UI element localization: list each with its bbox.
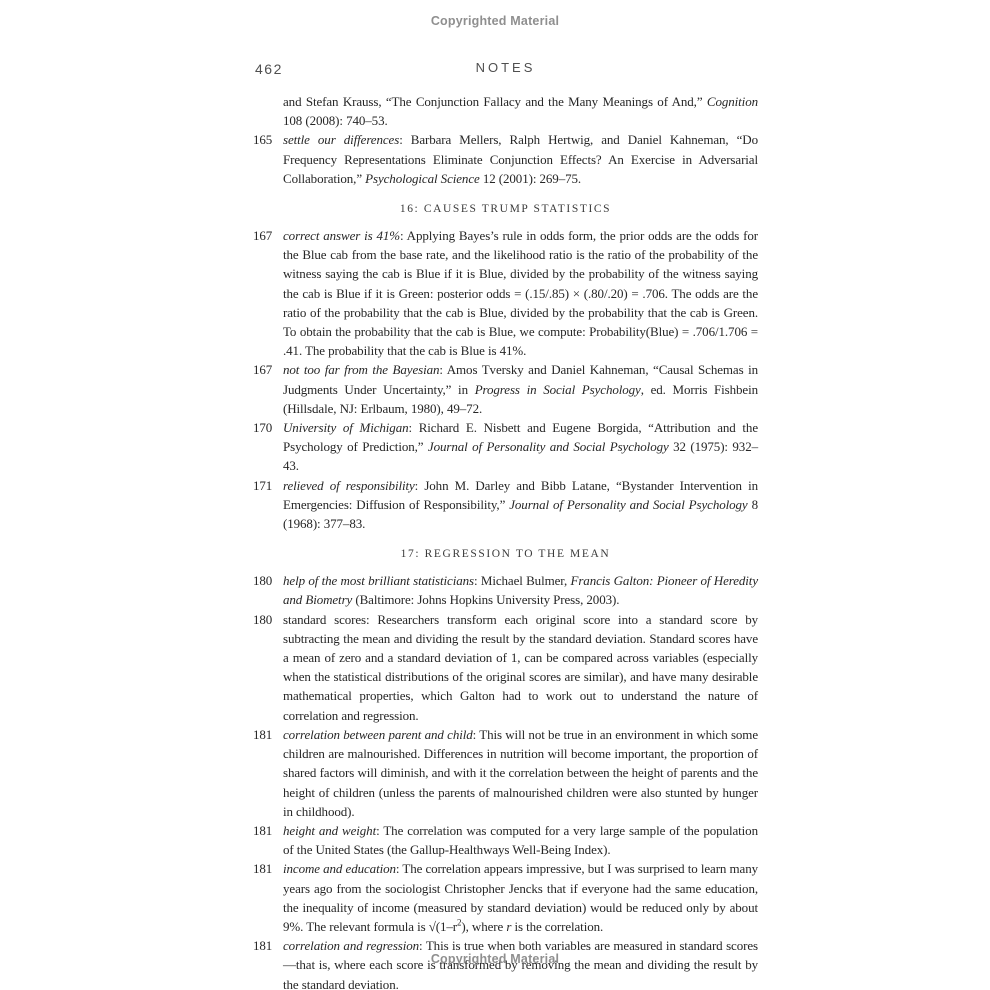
note-entry: 180help of the most brilliant statistici… (253, 571, 758, 609)
note-text: relieved of responsibility: John M. Darl… (283, 478, 758, 531)
note-entry: 167not too far from the Bayesian: Amos T… (253, 360, 758, 418)
note-text: income and education: The correlation ap… (283, 861, 758, 934)
note-text: University of Michigan: Richard E. Nisbe… (283, 420, 758, 473)
note-entry: 165settle our differences: Barbara Melle… (253, 130, 758, 188)
note-entry: 181income and education: The correlation… (253, 859, 758, 936)
note-number: 181 (253, 821, 272, 840)
copyright-top-label: Copyrighted Material (0, 14, 990, 28)
note-text: standard scores: Researchers transform e… (283, 612, 758, 723)
note-text: and Stefan Krauss, “The Conjunction Fall… (283, 94, 758, 128)
notes-list: and Stefan Krauss, “The Conjunction Fall… (253, 92, 758, 990)
note-text: not too far from the Bayesian: Amos Tver… (283, 362, 758, 415)
note-entry: 171relieved of responsibility: John M. D… (253, 476, 758, 534)
note-entry: 181correlation between parent and child:… (253, 725, 758, 821)
note-number: 171 (253, 476, 272, 495)
book-page: { "page": { "copyright_top": "Copyrighte… (0, 0, 990, 990)
running-head: 462 NOTES (253, 60, 758, 80)
note-text: settle our differences: Barbara Mellers,… (283, 132, 758, 185)
note-number: 181 (253, 725, 272, 744)
note-entry: 170University of Michigan: Richard E. Ni… (253, 418, 758, 476)
section-heading: 17: REGRESSION TO THE MEAN (253, 546, 758, 562)
note-text: correct answer is 41%: Applying Bayes’s … (283, 228, 758, 358)
note-entry: 181height and weight: The correlation wa… (253, 821, 758, 859)
note-number: 167 (253, 226, 272, 245)
note-number: 180 (253, 610, 272, 629)
note-text: correlation between parent and child: Th… (283, 727, 758, 819)
note-number: 165 (253, 130, 272, 149)
note-text: height and weight: The correlation was c… (283, 823, 758, 857)
note-entry: and Stefan Krauss, “The Conjunction Fall… (253, 92, 758, 130)
note-entry: 167correct answer is 41%: Applying Bayes… (253, 226, 758, 360)
note-number: 167 (253, 360, 272, 379)
note-entry: 180standard scores: Researchers transfor… (253, 610, 758, 725)
note-text: help of the most brilliant statisticians… (283, 573, 758, 607)
copyright-bottom-label: Copyrighted Material (0, 952, 990, 966)
note-number: 170 (253, 418, 272, 437)
section-heading: 16: CAUSES TRUMP STATISTICS (253, 201, 758, 217)
running-title: NOTES (253, 60, 758, 75)
note-number: 181 (253, 859, 272, 878)
note-number: 180 (253, 571, 272, 590)
